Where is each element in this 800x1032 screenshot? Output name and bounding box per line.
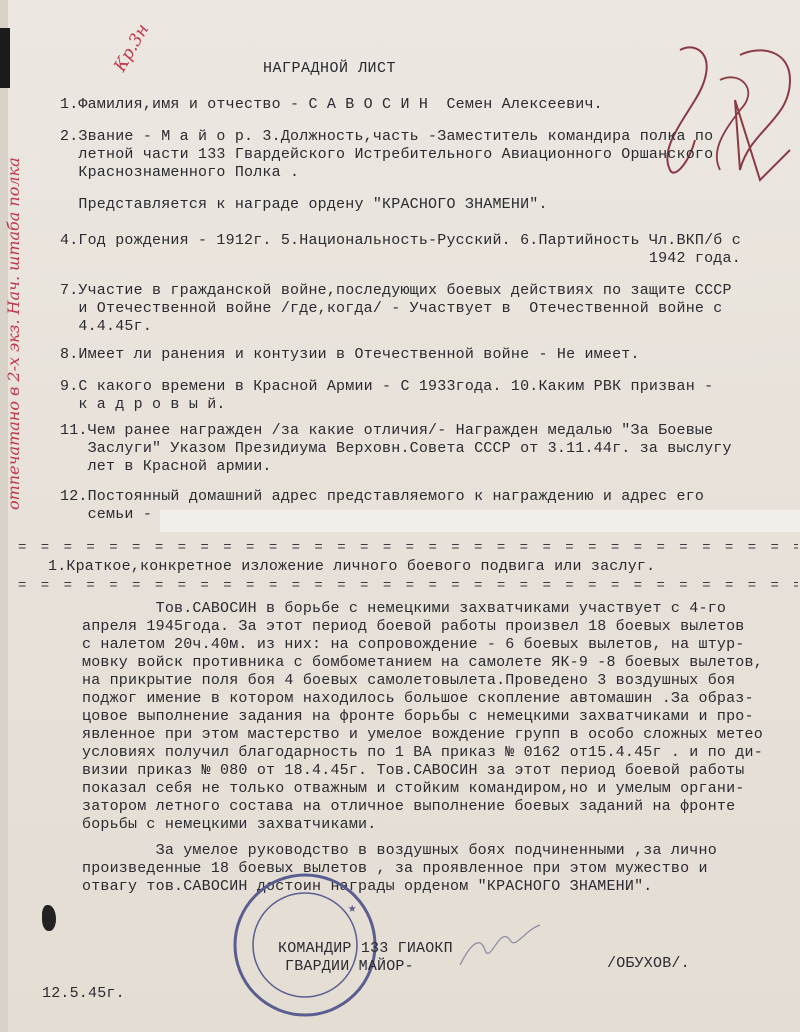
form-field-line: и Отечественной войне /где,когда/ - Учас… <box>60 300 723 317</box>
handwritten-margin-note: отпечатано в 2-х экз. Нач. штаба полка <box>4 157 23 510</box>
narrative-line: затором летного состава на отличное выпо… <box>82 798 735 815</box>
narrative-line: Тов.САВОСИН в борьбе с немецкими захватч… <box>82 600 726 617</box>
form-field-line: 1942 года. <box>60 250 741 267</box>
signatory-rank: ГВАРДИИ МАЙОР- <box>285 958 414 975</box>
form-field-line: лет в Красной армии. <box>60 458 272 475</box>
signatory-name: /ОБУХОВ/. <box>607 955 690 972</box>
handwritten-registry-number <box>640 40 800 190</box>
form-field-line: Представляется к награде ордену "КРАСНОГ… <box>60 196 548 213</box>
narrative-line: апреля 1945года. За этот период боевой р… <box>82 618 745 635</box>
narrative-line: цовое выполнение задания на фронте борьб… <box>82 708 754 725</box>
form-field-line: 1.Фамилия,имя и отчество - С А В О С И Н… <box>60 96 603 113</box>
section-heading: 1.Краткое,конкретное изложение личного б… <box>48 558 655 575</box>
form-field-line: 8.Имеет ли ранения и контузии в Отечеств… <box>60 346 640 363</box>
narrative-line: с налетом 20ч.40м. из них: на сопровожде… <box>82 636 745 653</box>
ink-blot <box>42 905 56 931</box>
form-field-line: 11.Чем ранее награжден /за какие отличия… <box>60 422 713 439</box>
document-date: 12.5.45г. <box>42 985 125 1002</box>
form-field-line: 2.Звание - М а й о р. 3.Должность,часть … <box>60 128 713 145</box>
separator-top: = = = = = = = = = = = = = = = = = = = = … <box>18 540 798 556</box>
separator-bottom: = = = = = = = = = = = = = = = = = = = = … <box>18 578 798 594</box>
form-field-line: 4.4.45г. <box>60 318 152 335</box>
form-field-line: 7.Участие в гражданской войне,последующи… <box>60 282 732 299</box>
narrative-line: явленное при этом мастерство и умелое во… <box>82 726 763 743</box>
handwritten-signature <box>455 915 545 975</box>
narrative-line: мовку войск противника с бомбометанием н… <box>82 654 763 671</box>
narrative-line: поджог имение в котором находилось больш… <box>82 690 754 707</box>
document-page: Кр.3н отпечатано в 2-х экз. Нач. штаба п… <box>0 0 800 1032</box>
signatory-title: КОМАНДИР 133 ГИАОКП <box>278 940 453 957</box>
conclusion-line: За умелое руководство в воздушных боях п… <box>82 842 717 859</box>
narrative-line: условиях получил благодарность по 1 ВА п… <box>82 744 763 761</box>
form-field-line: Краснознаменного Полка . <box>60 164 299 181</box>
narrative-line: на прикрытие поля боя 4 боевых самолетов… <box>82 672 735 689</box>
form-field-line: 12.Постоянный домашний адрес представляе… <box>60 488 704 505</box>
form-field-line: семьи - . <box>60 506 170 523</box>
narrative-line: показал себя не только отважным и стойки… <box>82 780 745 797</box>
binding-clip <box>0 28 10 88</box>
narrative-line: визии приказ № 080 от 18.4.45г. Тов.САВО… <box>82 762 745 779</box>
handwritten-corner-note: Кр.3н <box>110 21 153 76</box>
document-title: НАГРАДНОЙ ЛИСТ <box>263 60 396 77</box>
form-field-line: 9.С какого времени в Красной Армии - С 1… <box>60 378 713 395</box>
form-field-line: летной части 133 Гвардейского Истребител… <box>60 146 713 163</box>
narrative-line: борьбы с немецкими захватчиками. <box>82 816 376 833</box>
form-field-line: 4.Год рождения - 1912г. 5.Национальность… <box>60 232 741 249</box>
binding-edge <box>0 0 8 1032</box>
form-field-line: Заслуги" Указом Президиума Верховн.Совет… <box>60 440 732 457</box>
redacted-address <box>160 510 800 532</box>
conclusion-line: произведенные 18 боевых вылетов , за про… <box>82 860 708 877</box>
svg-text:★: ★ <box>348 901 357 917</box>
form-field-line: к а д р о в ы й. <box>60 396 226 413</box>
